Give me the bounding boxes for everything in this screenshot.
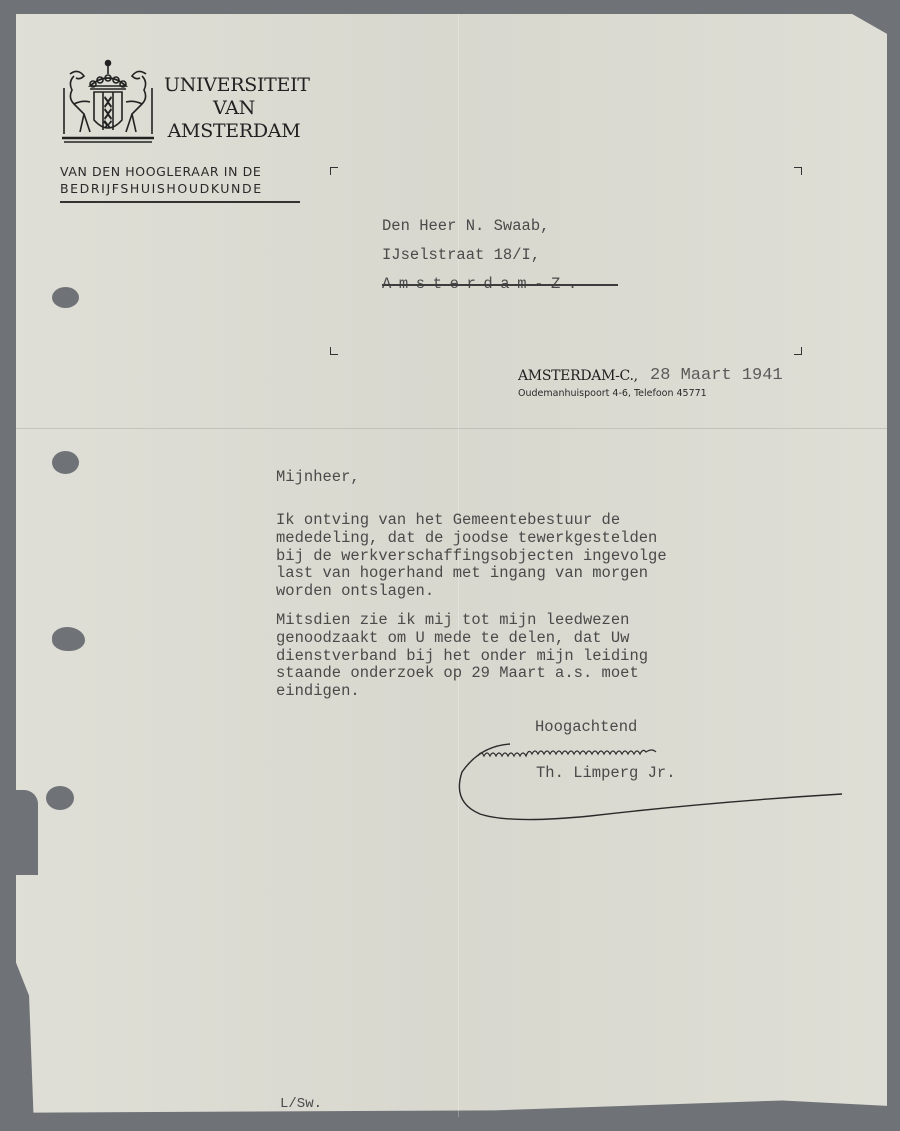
- address-window-corner-bl: [330, 347, 338, 355]
- institution-line: UNIVERSITEIT: [164, 74, 304, 97]
- sender-address: Oudemanhuispoort 4-6, Telefoon 45771: [518, 388, 707, 399]
- dateline-city: AMSTERDAM-C.,: [518, 368, 638, 384]
- amsterdam-coat-of-arms-icon: [60, 58, 156, 146]
- reference-initials: L/Sw.: [280, 1096, 322, 1112]
- recipient-street: IJselstraat 18/I,: [382, 241, 585, 270]
- punch-hole-middle: [52, 451, 79, 474]
- letterhead-rule: [60, 201, 300, 203]
- address-window-corner-tr: [794, 167, 802, 175]
- fold-line-horizontal: [16, 428, 887, 429]
- institution-name: UNIVERSITEIT VAN AMSTERDAM: [164, 74, 304, 143]
- address-window-corner-tl: [330, 167, 338, 175]
- punch-hole-top: [52, 287, 79, 308]
- address-window-corner-br: [794, 347, 802, 355]
- signer-name: Th. Limperg Jr.: [536, 764, 676, 782]
- punch-hole-lower: [52, 627, 85, 651]
- salutation: Mijnheer,: [276, 468, 360, 486]
- department-name: VAN DEN HOOGLERAAR IN DE BEDRIJFSHUISHOU…: [60, 163, 304, 197]
- body-paragraph-2: Mitsdien zie ik mij tot mijn leedwezen g…: [276, 612, 648, 701]
- body-paragraph-1: Ik ontving van het Gemeentebestuur de me…: [276, 512, 667, 601]
- letter-date: 28 Maart 1941: [650, 366, 783, 385]
- recipient-city-underline: [382, 284, 618, 286]
- institution-line: VAN: [164, 97, 304, 120]
- department-line: BEDRIJFSHUISHOUDKUNDE: [60, 180, 304, 197]
- torn-notch: [46, 786, 74, 810]
- recipient-name: Den Heer N. Swaab,: [382, 212, 585, 241]
- department-line: VAN DEN HOOGLERAAR IN DE: [60, 163, 304, 180]
- torn-edge: [16, 790, 38, 875]
- institution-line: AMSTERDAM: [164, 120, 304, 143]
